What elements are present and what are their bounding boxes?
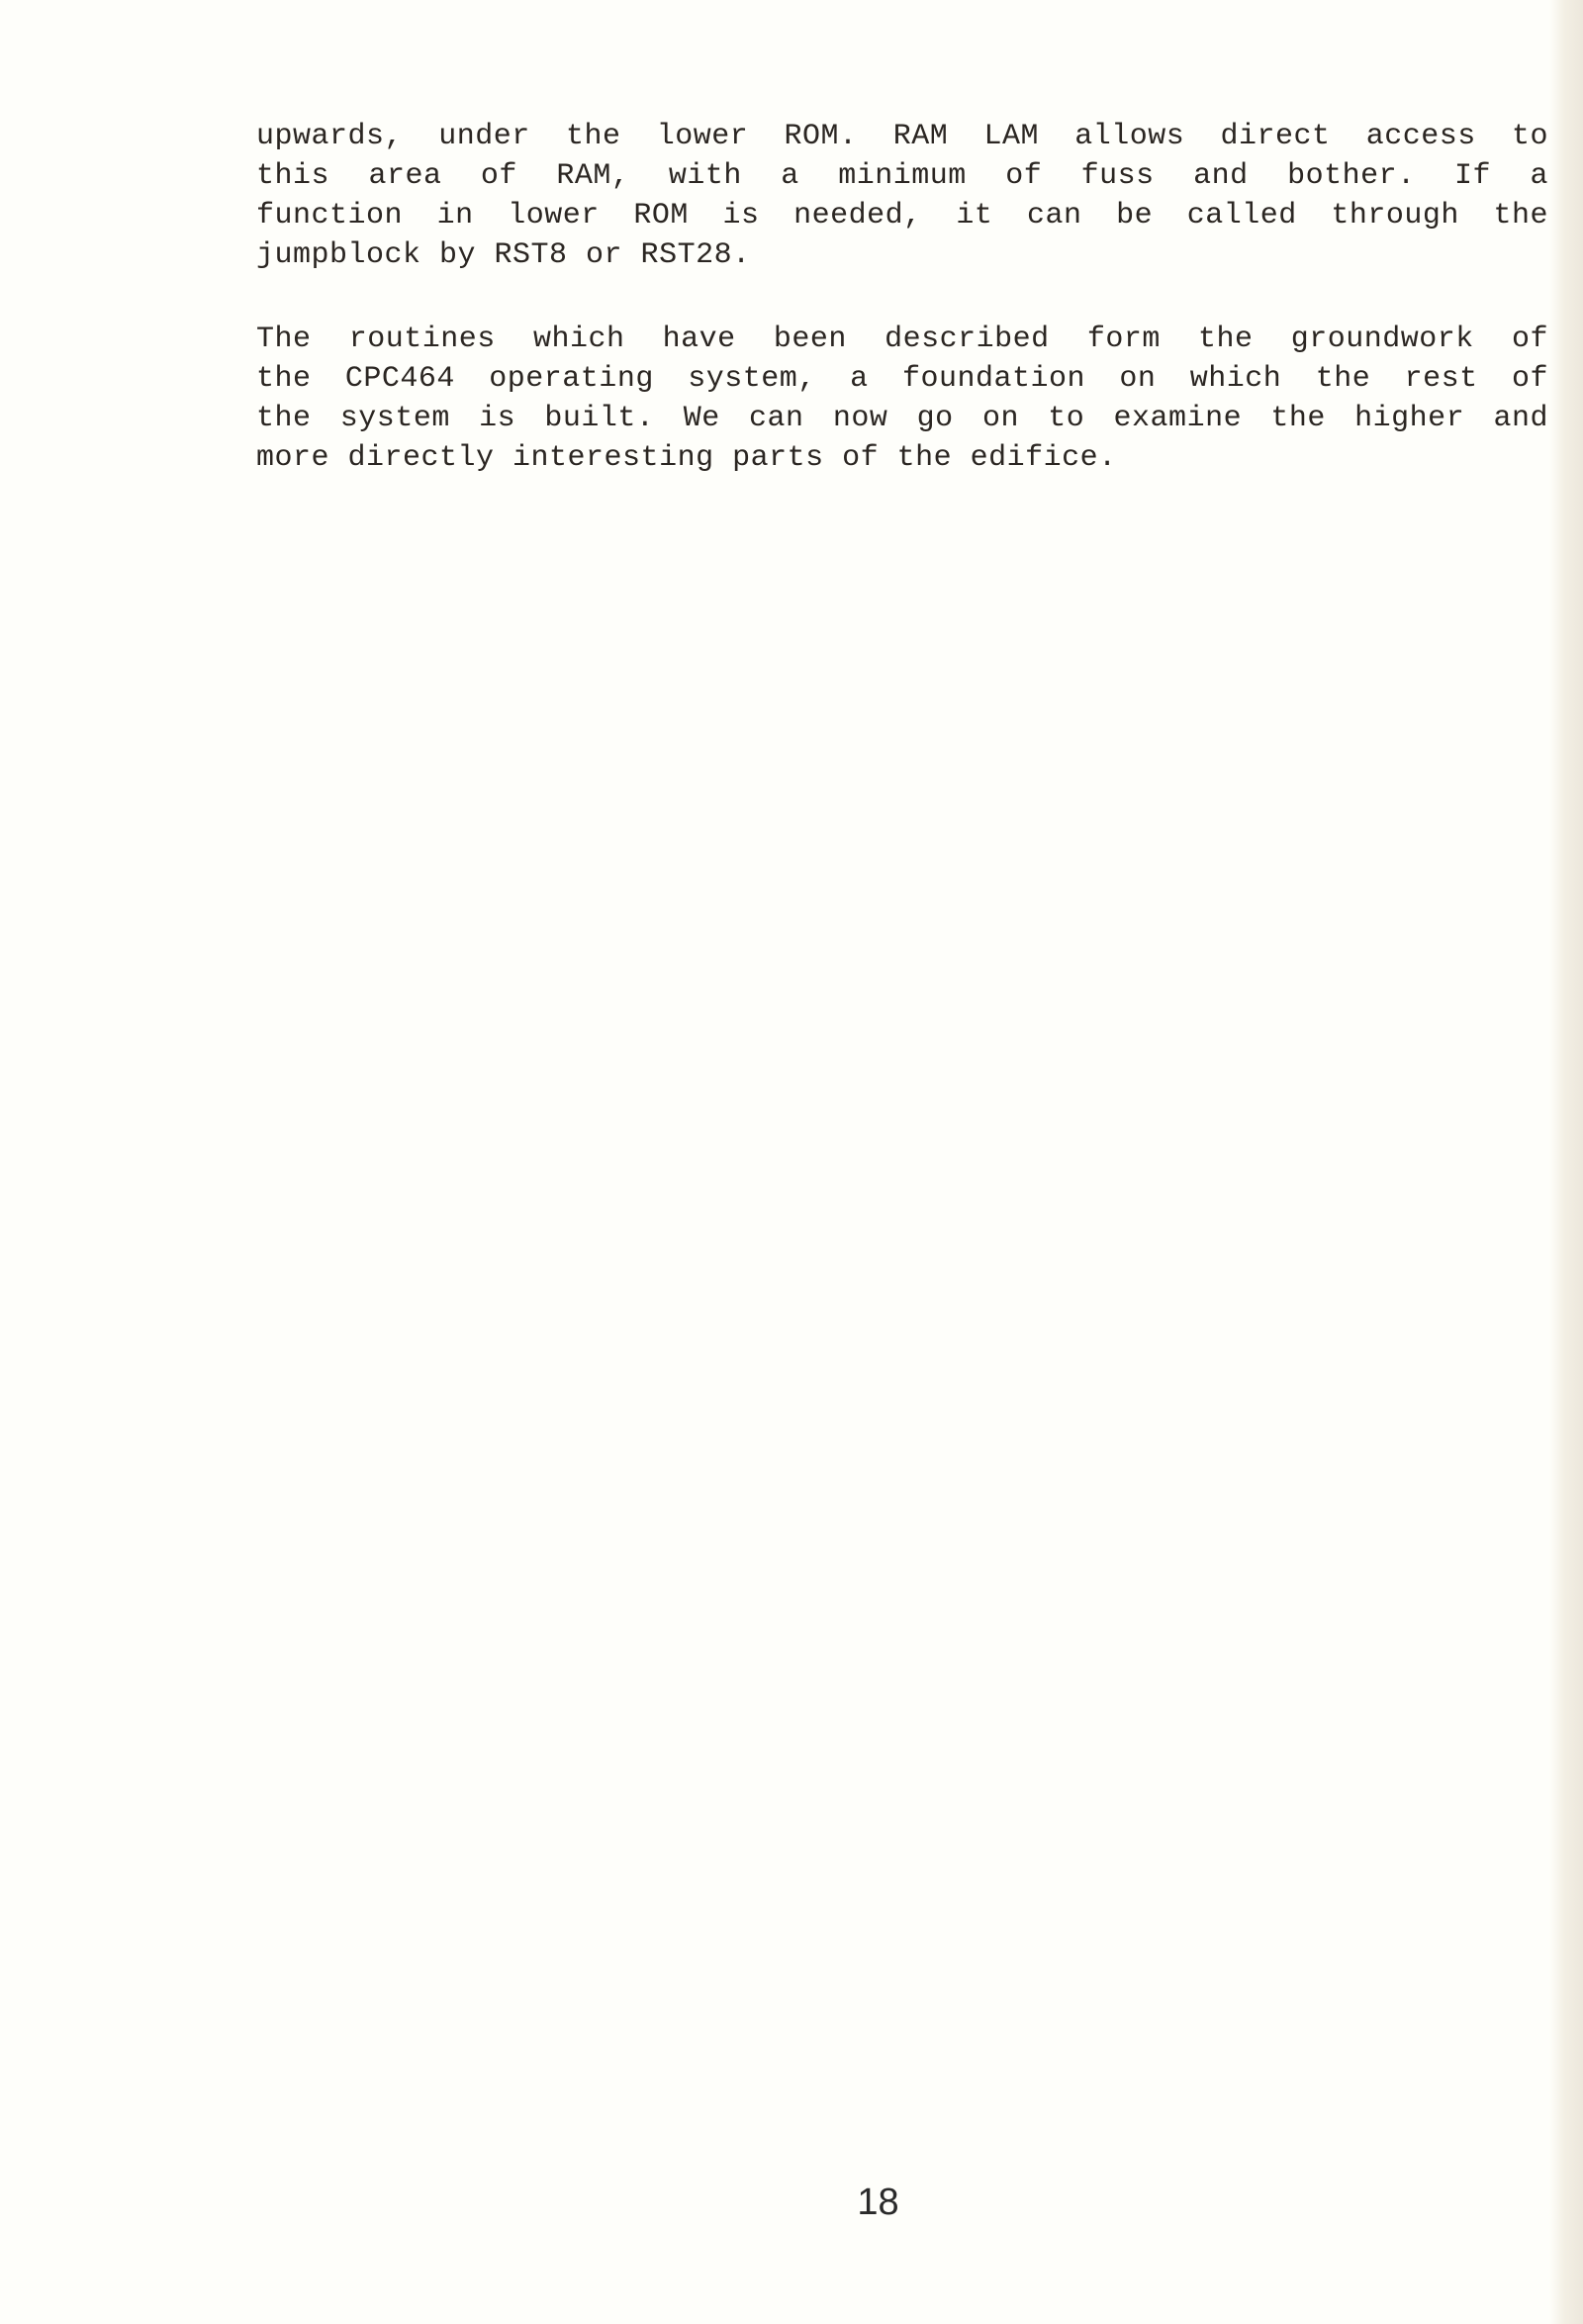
page-number: 18 xyxy=(0,2182,1583,2224)
text-line: the system is built. We can now go on to… xyxy=(256,399,1548,438)
text-line: function in lower ROM is needed, it can … xyxy=(256,196,1548,235)
text-line: The routines which have been described f… xyxy=(256,320,1548,359)
paragraph-routines-summary: The routines which have been described f… xyxy=(256,320,1548,478)
text-line: this area of RAM, with a minimum of fuss… xyxy=(256,156,1548,196)
text-line: more directly interesting parts of the e… xyxy=(256,438,1548,478)
paragraph-ram-lam: upwards, under the lower ROM. RAM LAM al… xyxy=(256,117,1548,275)
page-edge-shadow xyxy=(1549,0,1583,2324)
text-line: the CPC464 operating system, a foundatio… xyxy=(256,359,1548,399)
document-page: upwards, under the lower ROM. RAM LAM al… xyxy=(0,0,1583,2324)
text-line: jumpblock by RST8 or RST28. xyxy=(256,235,1548,275)
text-line: upwards, under the lower ROM. RAM LAM al… xyxy=(256,117,1548,156)
